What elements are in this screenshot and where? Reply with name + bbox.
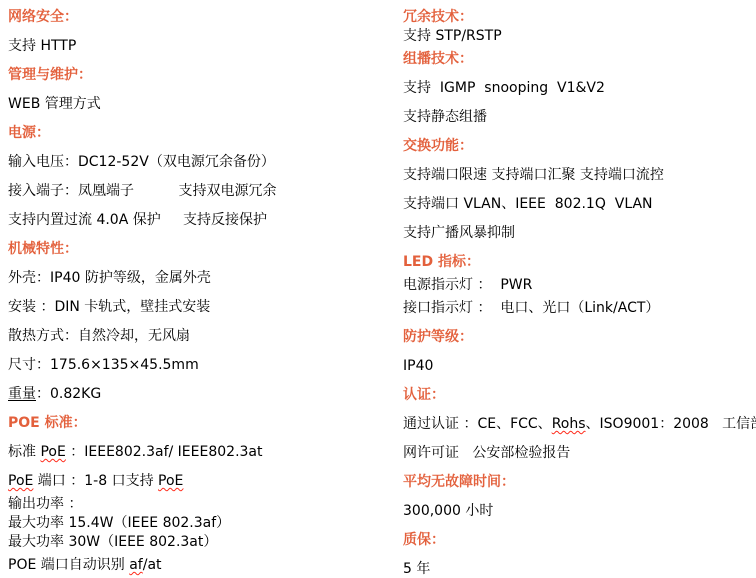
- spec-line: 支持静态组播: [403, 108, 753, 127]
- spec-line: 安装 ：DIN 卡轨式，壁挂式安装: [8, 298, 380, 317]
- section-heading: 防护等级：: [403, 328, 753, 347]
- text-segment: 支持 HTTP: [8, 38, 76, 54]
- text-segment: 最大功率 30W（IEEE 802.3at）: [8, 534, 217, 550]
- text-segment: 外壳：IP40 防护等级，金属外壳: [8, 270, 211, 286]
- spellcheck-marked-text: PoE: [158, 473, 183, 489]
- text-segment: 平均无故障时间：: [403, 474, 515, 490]
- spec-line: POE 端口自动识别 af/at: [8, 556, 380, 575]
- spec-line: 接口指示灯 ： 电口、光口（Link/ACT）: [403, 299, 753, 318]
- text-segment: 300,000 小时: [403, 503, 493, 519]
- spec-line: IP40: [403, 357, 753, 376]
- spec-line: 重量：0.82KG: [8, 385, 380, 404]
- text-segment: 冗余技术：: [403, 9, 473, 25]
- text-segment: 质保：: [403, 532, 445, 548]
- spec-line: 最大功率 30W（IEEE 802.3at）: [8, 533, 380, 552]
- text-segment: 防护等级：: [403, 329, 473, 345]
- spec-line: 通过认证 ：CE、FCC、Rohs、ISO9001：2008 工信部入: [403, 415, 753, 434]
- section-heading: 冗余技术：: [403, 8, 753, 27]
- text-segment: 网许可证 公安部检验报告: [403, 445, 570, 461]
- spec-line: PoE 端口 ：1-8 口支持 PoE: [8, 472, 380, 491]
- section-heading: 认证：: [403, 386, 753, 405]
- spec-line: WEB 管理方式: [8, 95, 380, 114]
- text-segment: 输出功率 ：: [8, 496, 82, 512]
- text-segment: 最大功率 15.4W（IEEE 802.3af）: [8, 515, 230, 531]
- text-segment: 接口指示灯 ： 电口、光口（Link/ACT）: [403, 300, 659, 316]
- section-heading: 机械特性：: [8, 240, 380, 259]
- text-segment: 安装 ：DIN 卡轨式，壁挂式安装: [8, 299, 210, 315]
- text-segment: 支持 STP/RSTP: [403, 28, 502, 44]
- spec-line: 电源指示灯 ： PWR: [403, 276, 753, 295]
- text-segment: POE 标准：: [8, 415, 87, 431]
- text-segment: 认证：: [403, 387, 445, 403]
- spec-line: 支持内置过流 4.0A 保护 支持反接保护: [8, 211, 380, 230]
- spec-line: 网许可证 公安部检验报告: [403, 444, 753, 463]
- spec-line: 接入端子：凤凰端子 支持双电源冗余: [8, 182, 380, 201]
- text-segment: 接入端子：凤凰端子 支持双电源冗余: [8, 183, 277, 199]
- text-segment: 、ISO9001：2008 工信部入: [586, 416, 756, 432]
- text-segment: 交换功能：: [403, 138, 473, 154]
- spec-line: 外壳：IP40 防护等级，金属外壳: [8, 269, 380, 288]
- text-segment: 输入电压：DC12-52V（双电源冗余备份）: [8, 154, 275, 170]
- spec-line: 支持 IGMP snooping V1&V2: [403, 79, 753, 98]
- left-column: 网络安全：支持 HTTP管理与维护：WEB 管理方式电源：输入电压：DC12-5…: [8, 8, 380, 575]
- text-segment: 支持 IGMP snooping V1&V2: [403, 80, 605, 96]
- spec-line: 300,000 小时: [403, 502, 753, 521]
- text-segment: 尺寸：175.6×135×45.5mm: [8, 357, 199, 373]
- text-segment: 电源：: [8, 125, 50, 141]
- text-segment: ：IEEE802.3af/ IEEE802.3at: [66, 444, 263, 460]
- right-column: 冗余技术：支持 STP/RSTP组播技术：支持 IGMP snooping V1…: [403, 8, 753, 578]
- spec-line: 支持 STP/RSTP: [403, 27, 753, 46]
- text-segment: /at: [143, 557, 162, 573]
- spec-line: 支持 HTTP: [8, 37, 380, 56]
- spellcheck-marked-text: af: [129, 557, 143, 573]
- spec-line: 支持端口限速 支持端口汇聚 支持端口流控: [403, 166, 753, 185]
- section-heading: 交换功能：: [403, 137, 753, 156]
- text-segment: POE 端口自动识别: [8, 557, 129, 573]
- text-segment: 散热方式：自然冷却，无风扇: [8, 328, 190, 344]
- text-segment: 标准: [8, 444, 40, 460]
- text-segment: WEB 管理方式: [8, 96, 101, 112]
- text-segment: 机械特性：: [8, 241, 78, 257]
- text-segment: LED 指标：: [403, 254, 480, 270]
- spec-line: 支持端口 VLAN、IEEE 802.1Q VLAN: [403, 195, 753, 214]
- text-segment: IP40: [403, 358, 433, 374]
- spec-line: 输出功率 ：: [8, 495, 380, 514]
- section-heading: 网络安全：: [8, 8, 380, 27]
- underlined-text: 重量: [8, 386, 36, 402]
- text-segment: 支持广播风暴抑制: [403, 225, 515, 241]
- text-segment: 通过认证 ：CE、FCC、: [403, 416, 552, 432]
- spec-line: 输入电压：DC12-52V（双电源冗余备份）: [8, 153, 380, 172]
- spec-line: 标准 PoE ：IEEE802.3af/ IEEE802.3at: [8, 443, 380, 462]
- text-segment: 支持端口限速 支持端口汇聚 支持端口流控: [403, 167, 664, 183]
- spellcheck-marked-text: PoE: [40, 444, 65, 460]
- text-segment: 电源指示灯 ： PWR: [403, 277, 532, 293]
- text-segment: 支持静态组播: [403, 109, 487, 125]
- text-segment: ：0.82KG: [36, 386, 101, 402]
- text-segment: 管理与维护：: [8, 67, 92, 83]
- section-heading: 质保：: [403, 531, 753, 550]
- spec-line: 最大功率 15.4W（IEEE 802.3af）: [8, 514, 380, 533]
- spec-line: 尺寸：175.6×135×45.5mm: [8, 356, 380, 375]
- section-heading: LED 指标：: [403, 253, 753, 272]
- spec-line: 散热方式：自然冷却，无风扇: [8, 327, 380, 346]
- section-heading: 平均无故障时间：: [403, 473, 753, 492]
- section-heading: POE 标准：: [8, 414, 380, 433]
- section-heading: 组播技术：: [403, 50, 753, 69]
- section-heading: 管理与维护：: [8, 66, 380, 85]
- text-segment: 组播技术：: [403, 51, 473, 67]
- text-segment: 端口 ：1-8 口支持: [33, 473, 158, 489]
- text-segment: 5 年: [403, 561, 430, 577]
- text-segment: 网络安全：: [8, 9, 78, 25]
- spellcheck-marked-text: Rohs: [552, 416, 586, 432]
- spec-line: 支持广播风暴抑制: [403, 224, 753, 243]
- text-segment: 支持端口 VLAN、IEEE 802.1Q VLAN: [403, 196, 653, 212]
- spec-document: 网络安全：支持 HTTP管理与维护：WEB 管理方式电源：输入电压：DC12-5…: [0, 0, 756, 578]
- text-segment: 支持内置过流 4.0A 保护 支持反接保护: [8, 212, 267, 228]
- spellcheck-marked-text: PoE: [8, 473, 33, 489]
- spec-line: 5 年: [403, 560, 753, 578]
- section-heading: 电源：: [8, 124, 380, 143]
